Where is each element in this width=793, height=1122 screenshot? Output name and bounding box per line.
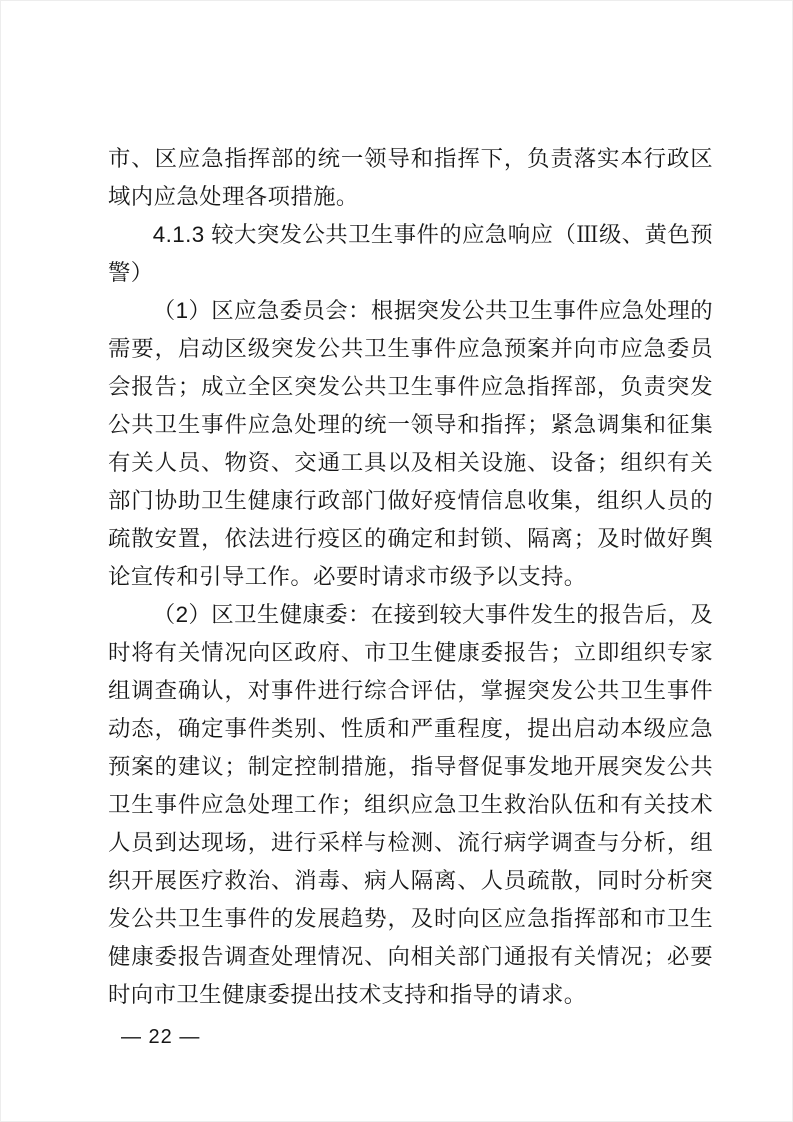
document-body: 市、区应急指挥部的统一领导和指挥下，负责落实本行政区域内应急处理各项措施。 4.… — [108, 140, 713, 1014]
paragraph-item-2: （2）区卫生健康委：在接到较大事件发生的报告后，及时将有关情况向区政府、市卫生健… — [108, 596, 713, 1014]
document-page: 市、区应急指挥部的统一领导和指挥下，负责落实本行政区域内应急处理各项措施。 4.… — [0, 0, 793, 1122]
page-number: — 22 — — [121, 1022, 200, 1052]
section-heading-4-1-3: 4.1.3 较大突发公共卫生事件的应急响应（Ⅲ级、黄色预警） — [108, 216, 713, 292]
paragraph-item-1: （1）区应急委员会：根据突发公共卫生事件应急处理的需要，启动区级突发公共卫生事件… — [108, 292, 713, 596]
body-text-continuation: 市、区应急指挥部的统一领导和指挥下，负责落实本行政区域内应急处理各项措施。 — [108, 140, 713, 216]
